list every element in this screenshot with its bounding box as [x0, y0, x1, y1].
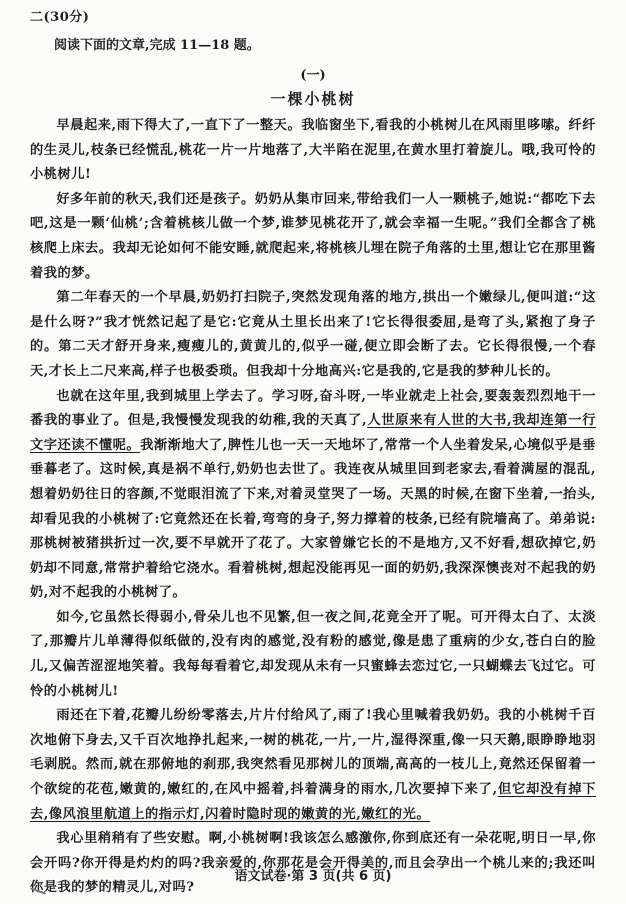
page-footer: 语文试卷·第 3 页(共 6 页) — [0, 865, 626, 884]
paragraph-text: 第二年春天的一个早晨,奶奶打扫院子,突然发现角落的地方,拱出一个嫩绿儿,便叫道:… — [30, 290, 596, 379]
article-body: 早晨起来,雨下得大了,一直下了一整天。我临窗坐下,看我的小桃树儿在风雨里哆嗦。纤… — [30, 114, 596, 901]
reading-instruction: 阅读下面的文章,完成 11—18 题。 — [54, 34, 260, 53]
paragraph-text: 我心里稍稍有了些安慰。啊,小桃树啊!我该怎么感激你,你到底还有一朵花呢,明日一早… — [30, 831, 596, 895]
paragraph-text: 如今,它虽然长得弱小,骨朵儿也不见繁,但一夜之间,花竟全开了呢。可开得太白了、太… — [30, 610, 596, 699]
article-paragraph: 早晨起来,雨下得大了,一直下了一整天。我临窗坐下,看我的小桃树儿在风雨里哆嗦。纤… — [30, 114, 596, 188]
article-title: 一棵小桃树 — [0, 88, 626, 109]
paragraph-text: 我渐渐地大了,脾性儿也一天一天地坏了,常常一个人坐着发呆,心境似乎是垂垂暮老了。… — [30, 438, 596, 601]
article-paragraph: 第二年春天的一个早晨,奶奶打扫院子,突然发现角落的地方,拱出一个嫩绿儿,便叫道:… — [30, 286, 596, 384]
article-paragraph: 也就在这年里,我到城里上学去了。学习呀,奋斗呀,一毕业就走上社会,要轰轰烈烈地干… — [30, 385, 596, 606]
article-paragraph: 如今,它虽然长得弱小,骨朵儿也不见繁,但一夜之间,花竟全开了呢。可开得太白了、太… — [30, 606, 596, 704]
exam-page: 二(30分) 阅读下面的文章,完成 11—18 题。 (一) 一棵小桃树 早晨起… — [0, 0, 626, 904]
paragraph-text: 好多年前的秋天,我们还是孩子。奶奶从集市回来,带给我们一人一颗桃子,她说:“都吃… — [30, 192, 596, 281]
article-paragraph: 雨还在下着,花瓣儿纷纷零落去,片片付给风了,雨了!我心里喊着我奶奶。我的小桃树千… — [30, 704, 596, 827]
paragraph-text: 早晨起来,雨下得大了,一直下了一整天。我临窗坐下,看我的小桃树儿在风雨里哆嗦。纤… — [30, 118, 596, 182]
section-heading: 二(30分) — [30, 6, 89, 25]
part-number: (一) — [0, 64, 626, 83]
article-paragraph: 好多年前的秋天,我们还是孩子。奶奶从集市回来,带给我们一人一颗桃子,她说:“都吃… — [30, 188, 596, 286]
